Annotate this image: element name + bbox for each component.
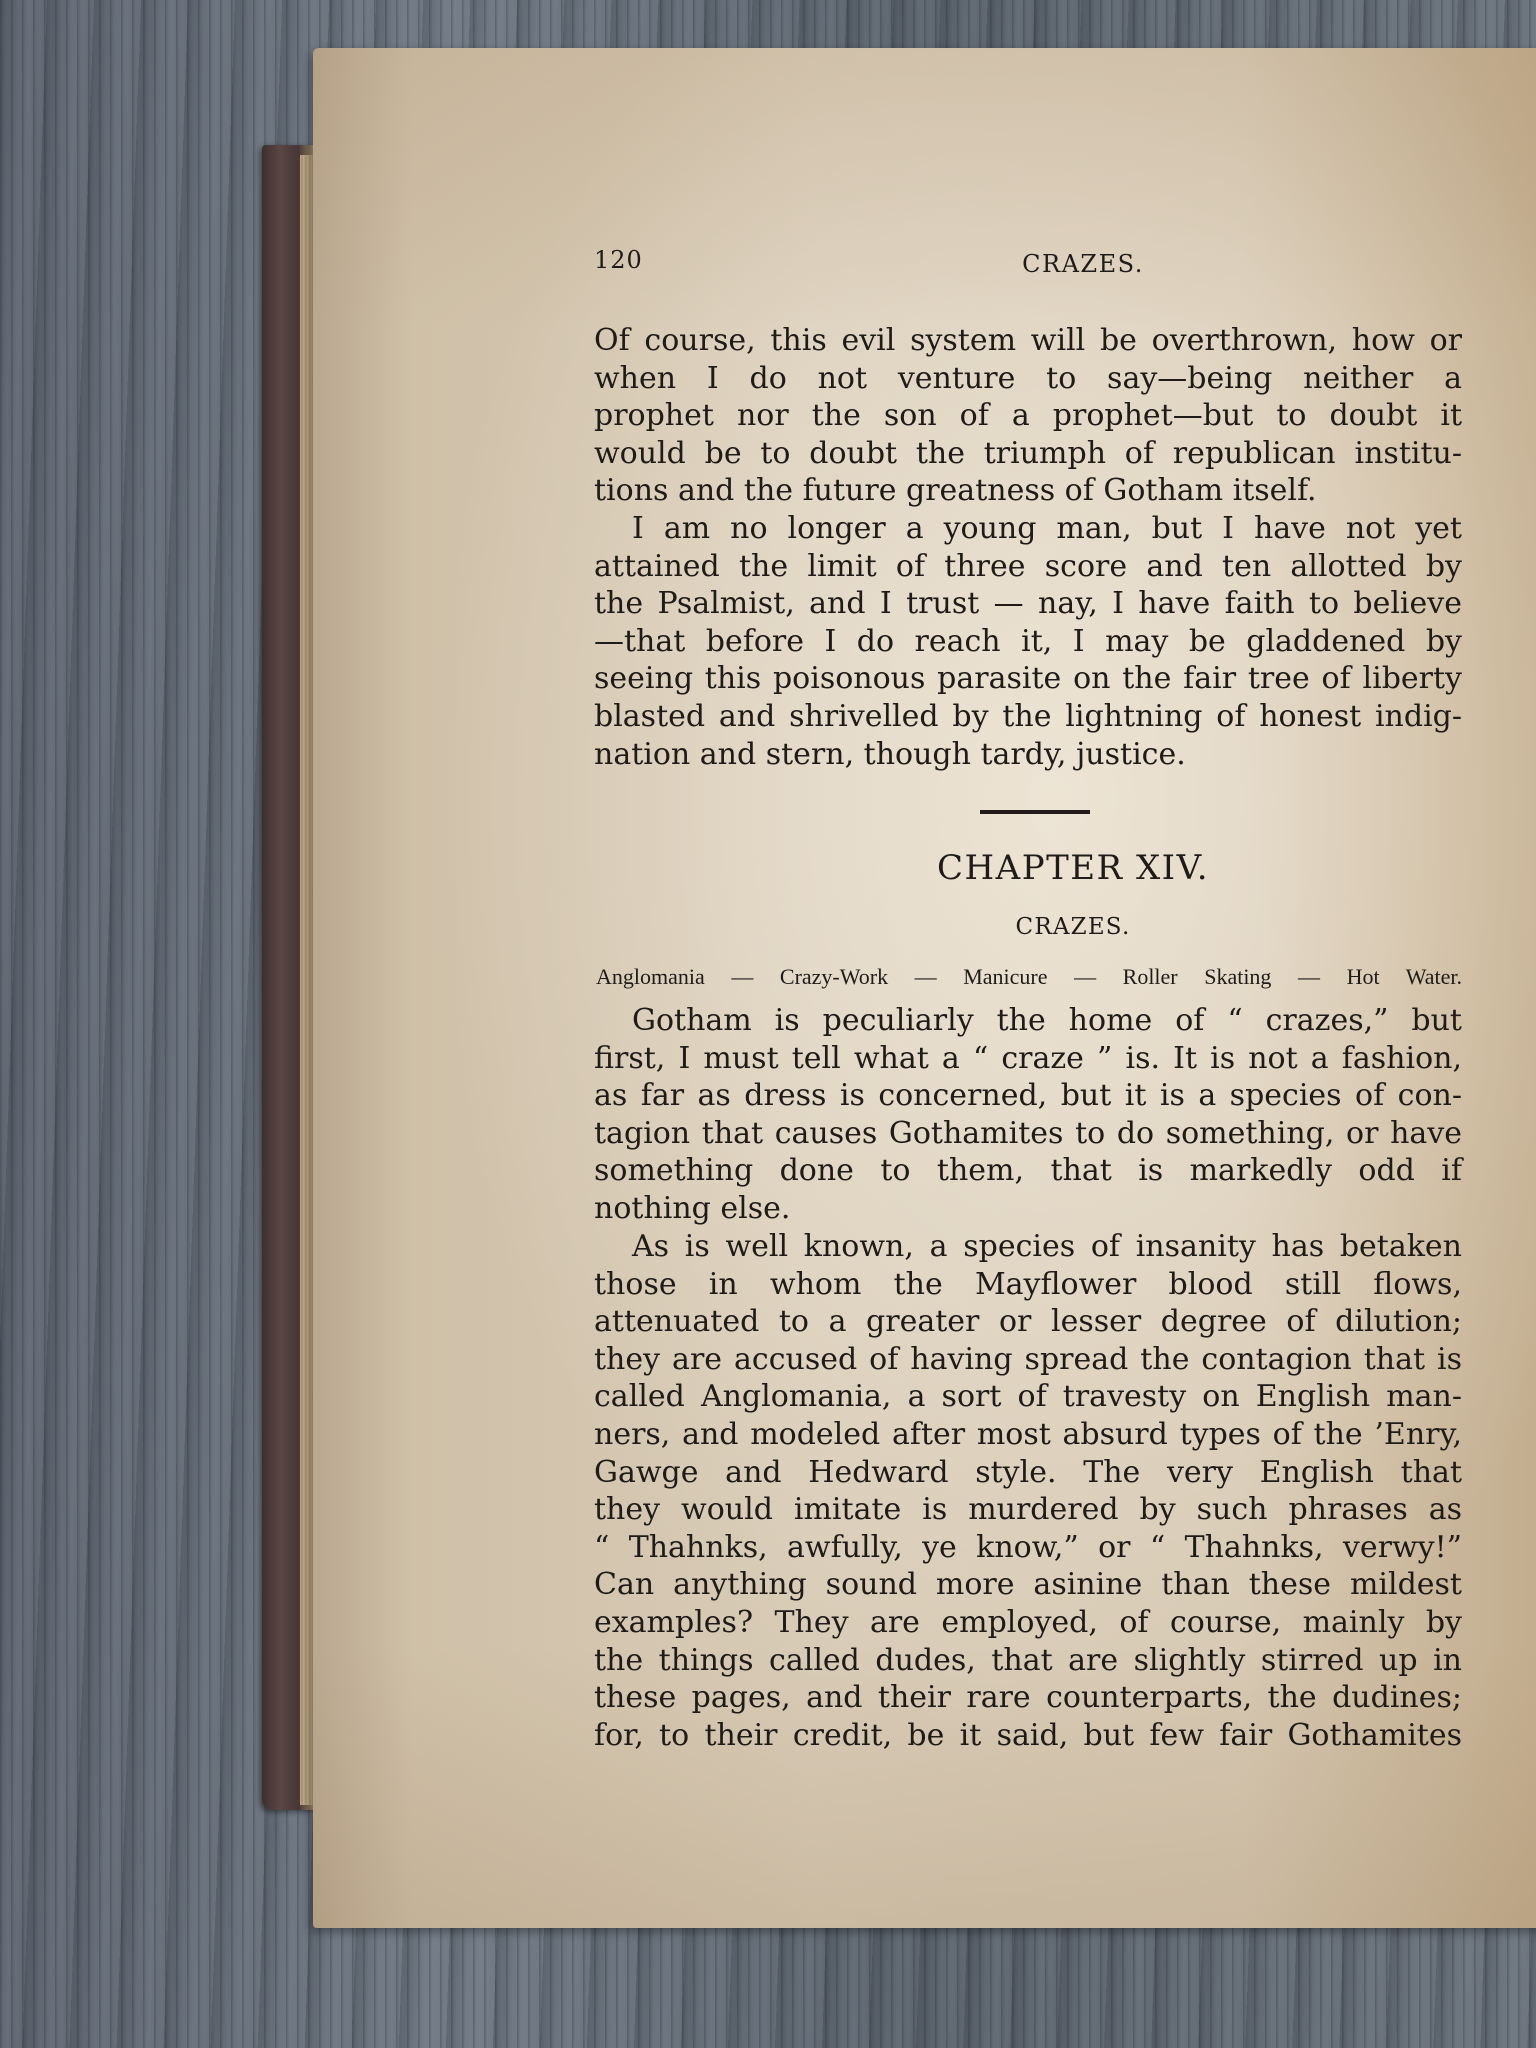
chapter-synopsis: Anglomania — Crazy-Work — Manicure — Rol… [596, 964, 1462, 990]
chapter-subtitle: CRAZES. [594, 914, 1462, 940]
text-line: ners, and modeled after most absurd type… [594, 1416, 1462, 1454]
text-line: as far as dress is concerned, but it is … [594, 1077, 1462, 1115]
paragraph-prev-2: I am no longer a young man, but I have n… [594, 510, 1462, 773]
text-line: Gawge and Hedward style. The very Englis… [594, 1454, 1462, 1492]
text-line: these pages, and their rare counterparts… [594, 1679, 1462, 1717]
text-line: they would imitate is murdered by such p… [594, 1491, 1462, 1529]
text-line: they are accused of having spread the co… [594, 1341, 1462, 1379]
text-line: Of course, this evil system will be over… [594, 322, 1462, 360]
text-line: for, to their credit, be it said, but fe… [594, 1717, 1462, 1755]
text-line: the things called dudes, that are slight… [594, 1642, 1462, 1680]
text-line: nation and stern, though tardy, justice. [594, 736, 1462, 774]
text-line: seeing this poisonous parasite on the fa… [594, 660, 1462, 698]
text-line: prophet nor the son of a prophet—but to … [594, 397, 1462, 435]
text-line: when I do not venture to say—being neith… [594, 360, 1462, 398]
text-line: would be to doubt the triumph of republi… [594, 435, 1462, 473]
chapter-title: CHAPTER XIV. [594, 848, 1462, 888]
text-line: first, I must tell what a “ craze ” is. … [594, 1040, 1462, 1078]
text-line: blasted and shrivelled by the lightning … [594, 698, 1462, 736]
text-line: As is well known, a species of insanity … [594, 1228, 1462, 1266]
text-line: those in whom the Mayflower blood still … [594, 1266, 1462, 1304]
text-line: —that before I do reach it, I may be gla… [594, 623, 1462, 661]
text-line: Can anything sound more asinine than the… [594, 1566, 1462, 1604]
text-line: I am no longer a young man, but I have n… [594, 510, 1462, 548]
text-line: tions and the future greatness of Gotham… [594, 472, 1462, 510]
paragraph-prev-1: Of course, this evil system will be over… [594, 322, 1462, 510]
text-line: attained the limit of three score and te… [594, 548, 1462, 586]
running-head: 120 CRAZES. [594, 246, 1462, 280]
running-title: CRAZES. [594, 250, 1462, 278]
text-line: examples? They are employed, of course, … [594, 1604, 1462, 1642]
text-line: nothing else. [594, 1190, 1462, 1228]
text-line: the Psalmist, and I trust — nay, I have … [594, 585, 1462, 623]
text-line: called Anglomania, a sort of travesty on… [594, 1378, 1462, 1416]
text-line: Gotham is peculiarly the home of “ craze… [594, 1002, 1462, 1040]
text-line: attenuated to a greater or lesser degree… [594, 1303, 1462, 1341]
paragraph-chapter-1: Gotham is peculiarly the home of “ craze… [594, 1002, 1462, 1228]
text-line: “ Thahnks, awfully, ye know,” or “ Thahn… [594, 1529, 1462, 1567]
text-line: tagion that causes Gothamites to do some… [594, 1115, 1462, 1153]
paragraph-chapter-2: As is well known, a species of insanity … [594, 1228, 1462, 1754]
text-line: something done to them, that is markedly… [594, 1152, 1462, 1190]
section-divider-rule [980, 810, 1090, 814]
